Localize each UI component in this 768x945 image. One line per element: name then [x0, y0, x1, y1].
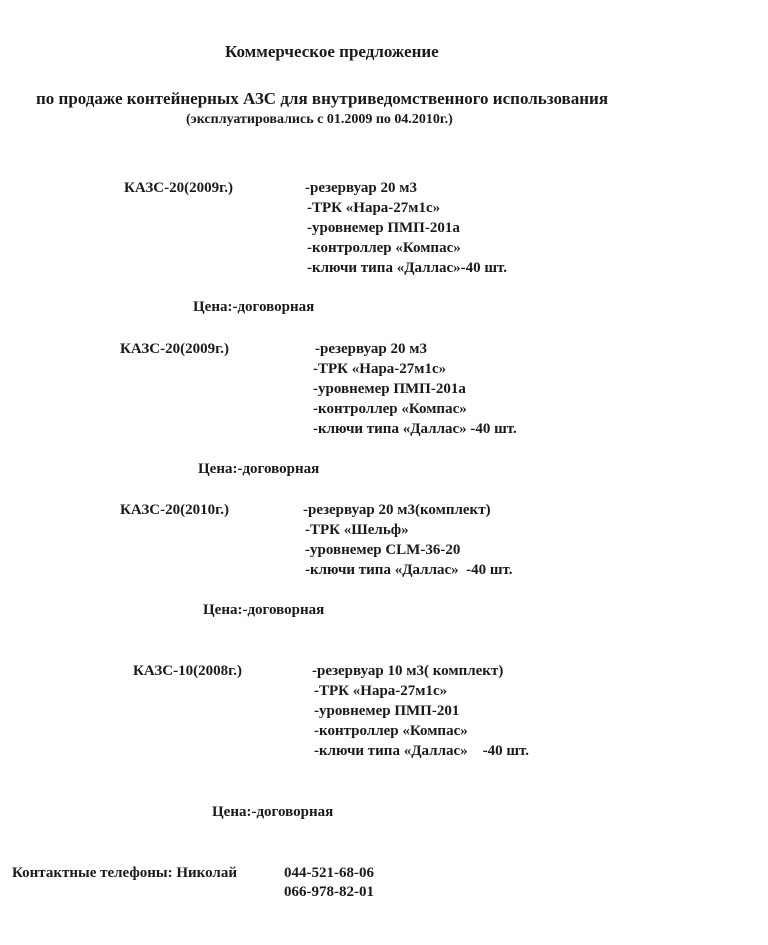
- document-subtitle: по продаже контейнерных АЗС для внутриве…: [36, 89, 608, 109]
- offer-item: -уровнемер ПМП-201: [314, 701, 529, 721]
- offer-item: -резервуар 20 м3(комплект): [303, 500, 513, 520]
- offer-model: КАЗС-20(2009г.): [124, 178, 233, 198]
- operation-period-note: (эксплуатировались с 01.2009 по 04.2010г…: [186, 110, 453, 130]
- offer-items: -резервуар 10 м3( комплект) -ТРК «Нара-2…: [312, 661, 529, 761]
- offer-item: -резервуар 20 м3: [315, 339, 517, 359]
- offer-item: -ТРК «Нара-27м1с»: [313, 359, 517, 379]
- offer-item: -ТРК «Шельф»: [305, 520, 513, 540]
- offer-item: -ТРК «Нара-27м1с»: [307, 198, 507, 218]
- offer-item: -контроллер «Компас»: [314, 721, 529, 741]
- offer-item: -ТРК «Нара-27м1с»: [314, 681, 529, 701]
- offer-item: -уровнемер ПМП-201а: [313, 379, 517, 399]
- offer-model: КАЗС-20(2010г.): [120, 500, 229, 520]
- offer-price: Цена:-договорная: [212, 802, 333, 822]
- offer-items: -резервуар 20 м3 -ТРК «Нара-27м1с» -уров…: [313, 339, 517, 439]
- offer-model: КАЗС-10(2008г.): [133, 661, 242, 681]
- offer-item: -контроллер «Компас»: [313, 399, 517, 419]
- offer-item: -резервуар 20 м3: [305, 178, 507, 198]
- offer-item: -уровнемер ПМП-201а: [307, 218, 507, 238]
- contact-phone: 066-978-82-01: [284, 882, 374, 902]
- offer-item: -контроллер «Компас»: [307, 238, 507, 258]
- offer-items: -резервуар 20 м3(комплект) -ТРК «Шельф» …: [303, 500, 513, 580]
- contacts-label: Контактные телефоны: Николай: [12, 863, 237, 883]
- offer-price: Цена:-договорная: [193, 297, 314, 317]
- offer-item: -ключи типа «Даллас» -40 шт.: [305, 560, 513, 580]
- document-title: Коммерческое предложение: [225, 42, 439, 62]
- offer-price: Цена:-договорная: [198, 459, 319, 479]
- offer-model: КАЗС-20(2009г.): [120, 339, 229, 359]
- offer-price: Цена:-договорная: [203, 600, 324, 620]
- offer-item: -ключи типа «Даллас»-40 шт.: [307, 258, 507, 278]
- offer-item: -ключи типа «Даллас» -40 шт.: [314, 741, 529, 761]
- offer-item: -ключи типа «Даллас» -40 шт.: [313, 419, 517, 439]
- offer-item: -резервуар 10 м3( комплект): [312, 661, 529, 681]
- offer-item: -уровнемер CLM-36-20: [305, 540, 513, 560]
- contact-phone: 044-521-68-06: [284, 863, 374, 883]
- offer-items: -резервуар 20 м3 -ТРК «Нара-27м1с» -уров…: [305, 178, 507, 278]
